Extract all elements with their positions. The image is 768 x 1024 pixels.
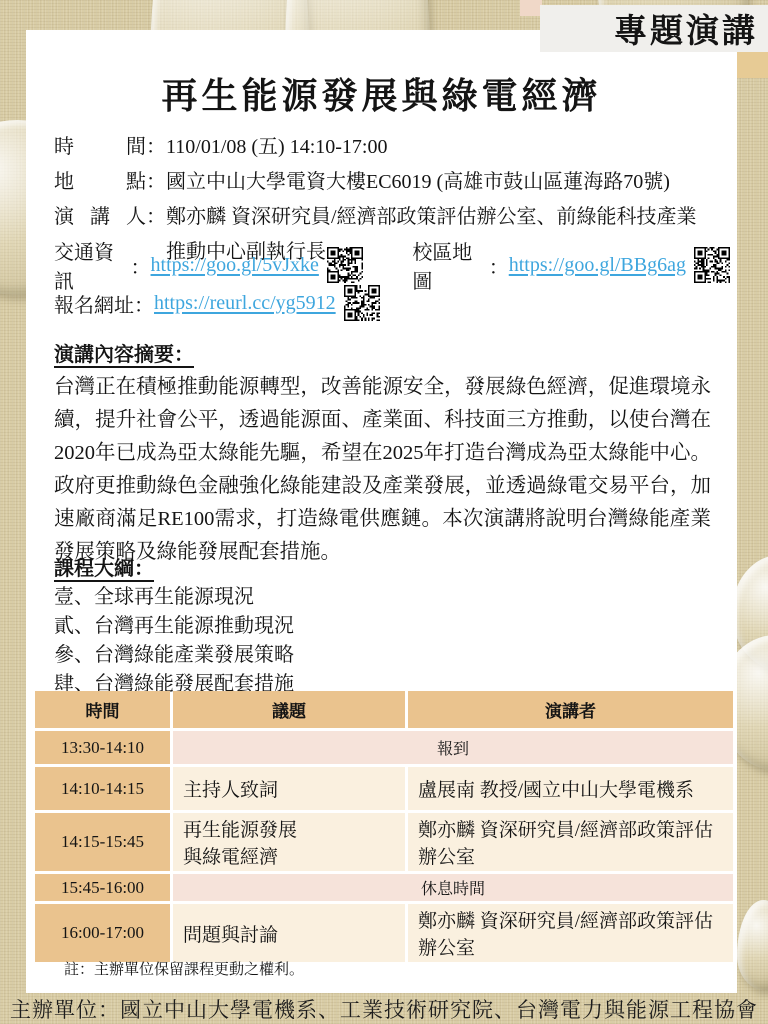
- colon: ：: [131, 251, 151, 280]
- schedule-table-wrapper: 時間 議題 演講者 13:30-14:10 報到 14:10-14:15 主持人…: [32, 688, 736, 965]
- schedule-note: 註：主辦單位保留課程更動之權利。: [64, 958, 304, 979]
- info-line-time: 時間：110/01/08 (五) 14:10-17:00: [54, 130, 714, 165]
- badge-label: 專題演講: [614, 5, 758, 52]
- campus-map-link-group: 校區地圖： https://goo.gl/BBg6ag: [412, 236, 730, 294]
- cell-topic: 問題與討論: [173, 904, 405, 962]
- column-header-topic: 議題: [173, 691, 405, 728]
- cell-topic: 再生能源發展 與綠電經濟: [173, 813, 405, 871]
- qr-code-icon: [327, 247, 363, 283]
- links-section: 交通資訊： https://goo.gl/5vJxke 校區地圖： https:…: [54, 246, 730, 322]
- colon: ：: [146, 165, 166, 200]
- info-value: 110/01/08 (五) 14:10-17:00: [166, 130, 714, 165]
- qr-code-icon: [694, 247, 730, 283]
- traffic-info-link[interactable]: https://goo.gl/5vJxke: [151, 254, 319, 277]
- column-header-speaker: 演講者: [408, 691, 733, 728]
- colon: ：: [489, 251, 509, 280]
- qr-code-icon: [344, 285, 380, 321]
- outline-heading: 課程大綱：: [54, 552, 154, 581]
- table-row: 13:30-14:10 報到: [35, 731, 733, 764]
- outline-list: 壹、全球再生能源現況 貳、台灣再生能源推動現況 參、台灣綠能產業發展策略 肆、台…: [54, 583, 294, 699]
- outline-item: 參、台灣綠能產業發展策略: [54, 641, 294, 670]
- registration-link[interactable]: https://reurl.cc/yg5912: [154, 292, 336, 315]
- abstract-text: 台灣正在積極推動能源轉型，改善能源安全，發展綠色經濟，促進環境永續，提升社會公平…: [54, 371, 711, 569]
- cell-topic: 主持人致詞: [173, 767, 405, 810]
- info-label: 地點: [54, 165, 146, 200]
- link-label: 校區地圖: [412, 236, 488, 294]
- table-row: 14:10-14:15 主持人致詞 盧展南 教授/國立中山大學電機系: [35, 767, 733, 810]
- cell-time: 15:45-16:00: [35, 874, 170, 901]
- cell-speaker: 鄭亦麟 資深研究員/經濟部政策評估辦公室: [408, 904, 733, 962]
- table-row: 15:45-16:00 休息時間: [35, 874, 733, 901]
- page-title: 再生能源發展與綠電經濟: [26, 68, 737, 119]
- cell-merged: 報到: [173, 731, 733, 764]
- info-value: 國立中山大學電資大樓EC6019 (高雄市鼓山區蓮海路70號): [166, 165, 714, 200]
- corner-tile-decoration: [520, 0, 542, 16]
- cell-speaker: 鄭亦麟 資深研究員/經濟部政策評估辦公室: [408, 813, 733, 871]
- organizer-footer: 主辦單位：國立中山大學電機系、工業技術研究院、台灣電力與能源工程協會: [0, 994, 768, 1024]
- schedule-table: 時間 議題 演講者 13:30-14:10 報到 14:10-14:15 主持人…: [32, 688, 736, 965]
- table-row: 16:00-17:00 問題與討論 鄭亦麟 資深研究員/經濟部政策評估辦公室: [35, 904, 733, 962]
- cell-speaker: 盧展南 教授/國立中山大學電機系: [408, 767, 733, 810]
- colon: ：: [134, 289, 154, 318]
- info-line-location: 地點：國立中山大學電資大樓EC6019 (高雄市鼓山區蓮海路70號): [54, 165, 714, 200]
- cell-merged: 休息時間: [173, 874, 733, 901]
- link-row: 交通資訊： https://goo.gl/5vJxke 校區地圖： https:…: [54, 246, 730, 284]
- table-row: 14:15-15:45 再生能源發展 與綠電經濟 鄭亦麟 資深研究員/經濟部政策…: [35, 813, 733, 871]
- signup-link-group: 報名網址： https://reurl.cc/yg5912: [54, 285, 380, 321]
- cell-time: 14:10-14:15: [35, 767, 170, 810]
- cell-time: 14:15-15:45: [35, 813, 170, 871]
- campus-map-link[interactable]: https://goo.gl/BBg6ag: [509, 254, 686, 277]
- info-label: 時間: [54, 130, 146, 165]
- cell-time: 16:00-17:00: [35, 904, 170, 962]
- cell-time: 13:30-14:10: [35, 731, 170, 764]
- outline-item: 貳、台灣再生能源推動現況: [54, 612, 294, 641]
- link-label: 報名網址: [54, 289, 134, 318]
- abstract-heading: 演講內容摘要：: [54, 338, 194, 367]
- water-droplet-decoration: [737, 900, 768, 990]
- column-header-time: 時間: [35, 691, 170, 728]
- flyer-card: 再生能源發展與綠電經濟 時間：110/01/08 (五) 14:10-17:00…: [26, 30, 737, 993]
- outline-item: 壹、全球再生能源現況: [54, 583, 294, 612]
- colon: ：: [146, 130, 166, 165]
- table-header-row: 時間 議題 演講者: [35, 691, 733, 728]
- lecture-type-badge: 專題演講: [540, 5, 768, 52]
